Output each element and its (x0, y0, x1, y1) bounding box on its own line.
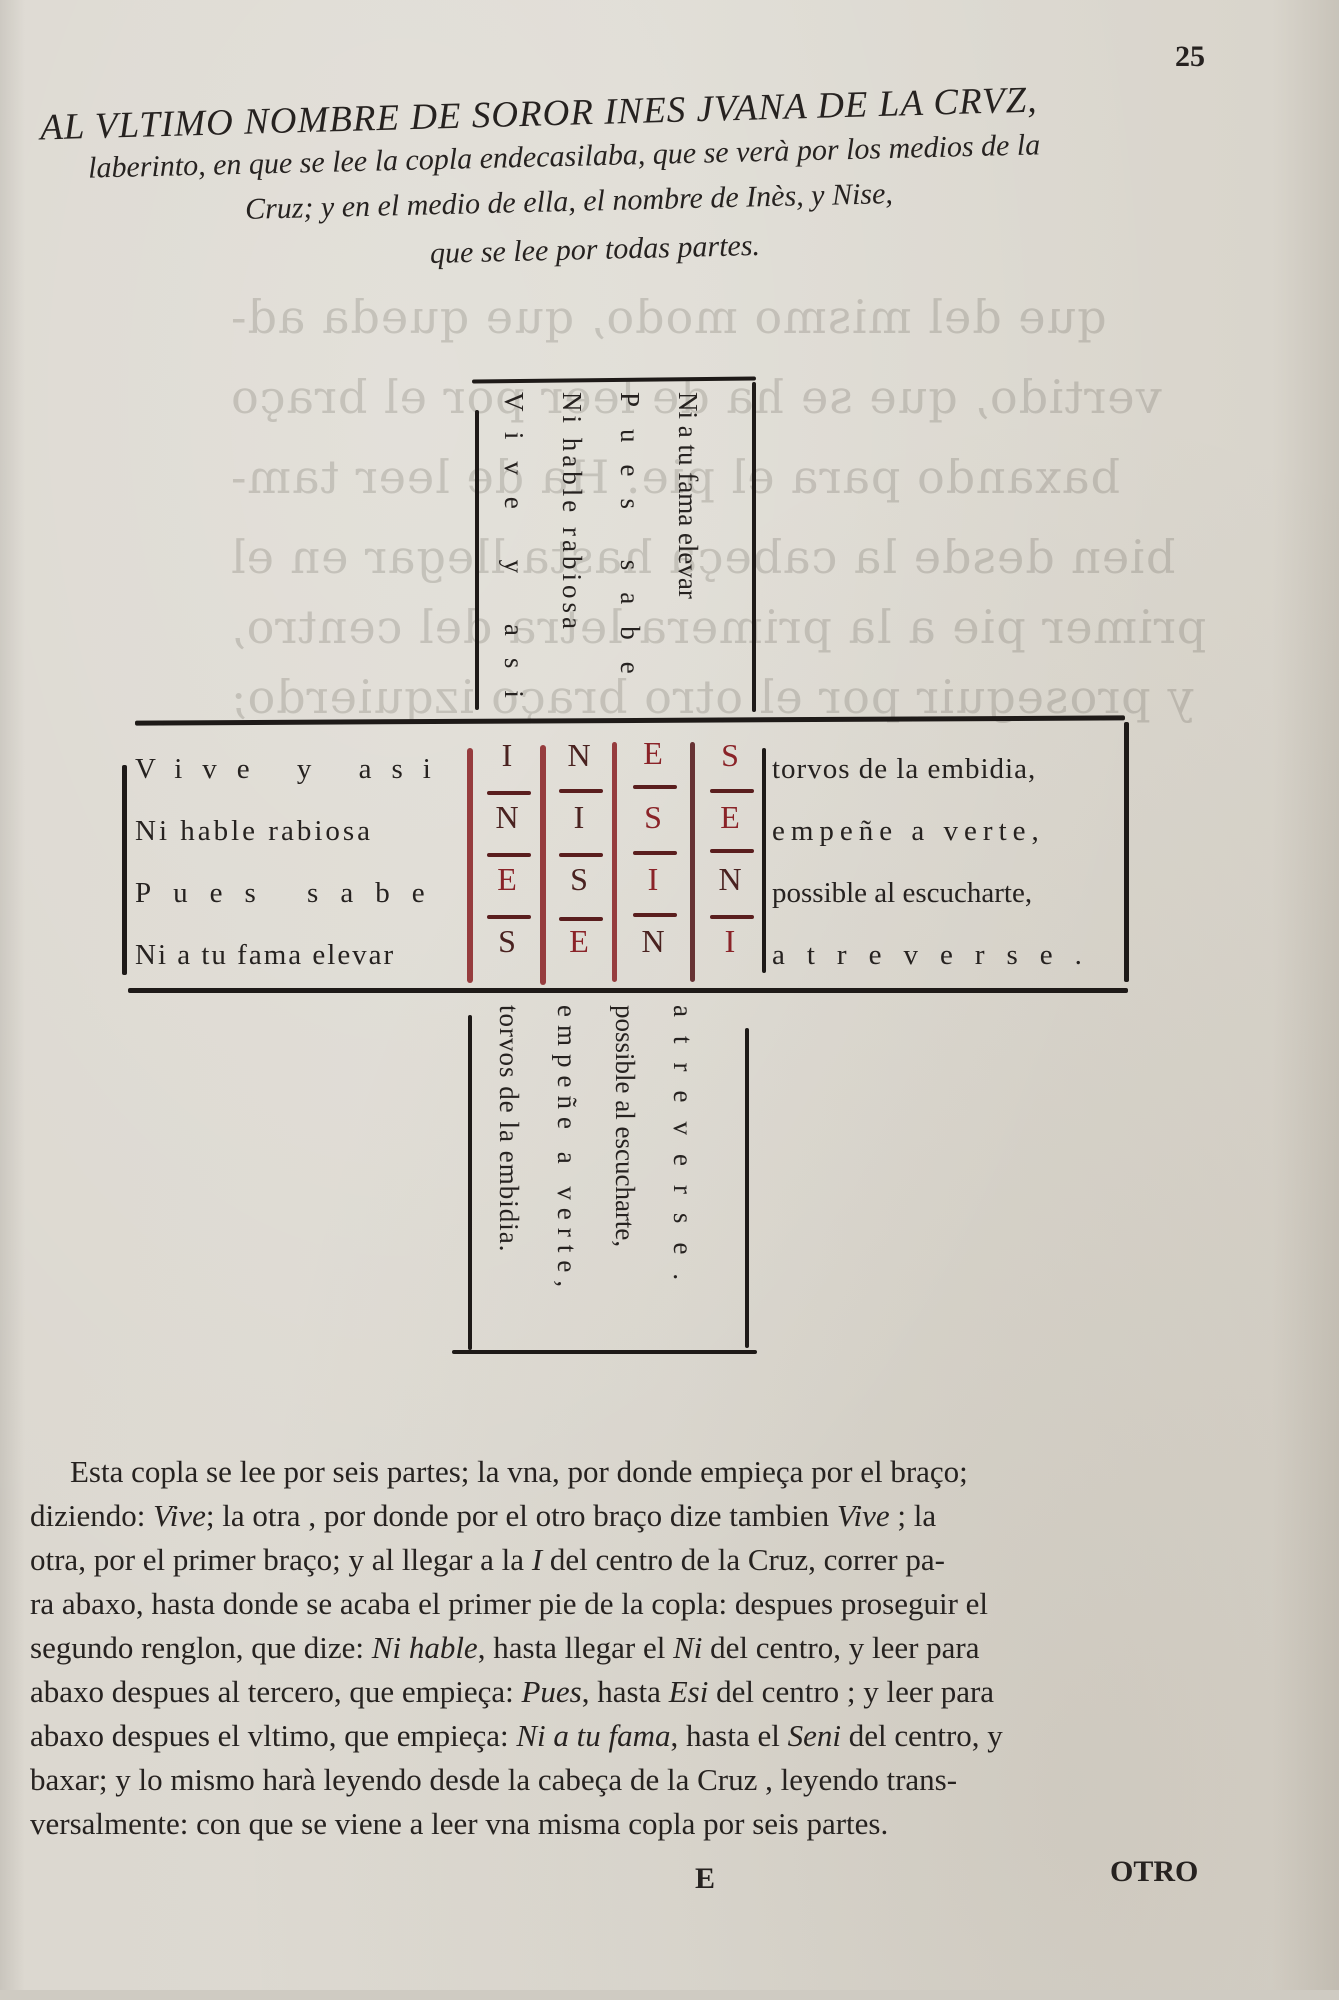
bottom-arm-border-bottom (452, 1350, 757, 1354)
book-page: que del mismo modo, que queda ad- vertid… (0, 0, 1339, 1990)
grid-cell: S (700, 737, 760, 774)
signature-mark: E (695, 1862, 715, 1896)
overline-mark (710, 789, 754, 793)
paragraph-line: Esta copla se lee por seis partes; la vn… (30, 1450, 1230, 1494)
top-arm-border-right (752, 382, 756, 712)
top-arm-text: Ni a tu fama elevar Pues sabe Ni hable r… (485, 392, 717, 712)
paragraph-line: baxar; y lo mismo harà leyendo desde la … (30, 1758, 1230, 1802)
grid-cell: I (477, 737, 537, 774)
grid-cell: E (477, 861, 537, 898)
italic-term: Pues (521, 1674, 581, 1709)
overline-mark (559, 917, 603, 921)
paragraph-line: segundo renglon, que dize: Ni hable, has… (30, 1626, 1230, 1670)
grid-cell: E (623, 735, 683, 772)
grid-cell: N (477, 799, 537, 836)
overline-mark (633, 785, 677, 789)
top-arm-line-2: Pues sabe (601, 392, 659, 712)
left-arm-line-4: Ni a tu fama elevar (135, 924, 451, 986)
paragraph-line: abaxo despues el vltimo, que empieça: Ni… (30, 1714, 1230, 1758)
bottom-arm-border-right (745, 1028, 749, 1348)
title-line-4: que se lee por todas partes. (430, 229, 761, 271)
grid-cell: N (700, 861, 760, 898)
paragraph-line: diziendo: Vive; la otra , por donde por … (30, 1494, 1230, 1538)
italic-term: I (532, 1542, 542, 1577)
grid-cell: S (477, 923, 537, 960)
italic-term: Vive (153, 1498, 206, 1533)
grid-cell: N (623, 923, 683, 960)
right-arm-text: torvos de la embidia, empeñe a verte, po… (772, 738, 1104, 986)
bottom-arm-border-left (468, 1015, 472, 1350)
bottom-arm-line-1: atreverse. (654, 1005, 712, 1345)
grid-cell: E (549, 923, 609, 960)
left-arm-text: Vive y asi Ni hable rabiosa Pues sabe Ni… (135, 738, 451, 986)
right-box-divider (762, 748, 766, 973)
italic-term: Seni (788, 1718, 841, 1753)
italic-term: Ni hable (372, 1630, 478, 1665)
overline-mark (559, 853, 603, 857)
next-page-edge (0, 1990, 1339, 2000)
grid-cell: I (700, 923, 760, 960)
band-border-bottom (128, 988, 1128, 993)
italic-term: Esi (669, 1674, 709, 1709)
title-line-3: Cruz; y en el medio de ella, el nombre d… (245, 177, 894, 227)
top-arm-line-3: Ni hable rabiosa (543, 392, 601, 712)
right-arm-line-2: empeñe a verte, (772, 800, 1104, 862)
overline-mark (710, 849, 754, 853)
grid-cell: I (549, 799, 609, 836)
left-arm-line-2: Ni hable rabiosa (135, 800, 451, 862)
left-arm-line-1: Vive y asi (135, 738, 451, 800)
grid-cell: S (549, 861, 609, 898)
overline-mark (487, 791, 531, 795)
paragraph-line: abaxo despues al tercero, que empieça: P… (30, 1670, 1230, 1714)
bottom-arm-line-2: possible al escucharte, (596, 1005, 654, 1345)
right-arm-line-4: atreverse. (772, 924, 1104, 986)
bottom-arm-line-3: empeñe a verte, (538, 1005, 596, 1345)
overline-mark (487, 915, 531, 919)
top-arm-border-left (475, 410, 479, 710)
grid-cell: S (623, 799, 683, 836)
bottom-arm-text: atreverse. possible al escucharte, empeñ… (480, 1005, 712, 1345)
grid-cell: I (623, 861, 683, 898)
catchword: OTRO (1110, 1855, 1198, 1889)
overline-mark (633, 851, 677, 855)
grid-cell: N (549, 737, 609, 774)
bottom-arm-line-4: torvos de la embidia. (480, 1005, 538, 1345)
page-number: 25 (1175, 40, 1205, 74)
grid-cell: E (700, 799, 760, 836)
explanation-paragraph: Esta copla se lee por seis partes; la vn… (30, 1450, 1230, 1846)
top-arm-line-1: Ni a tu fama elevar (659, 392, 717, 712)
paragraph-line: otra, por el primer braço; y al llegar a… (30, 1538, 1230, 1582)
italic-term: Ni a tu fama (516, 1718, 670, 1753)
band-border-right (1124, 722, 1129, 982)
left-arm-line-3: Pues sabe (135, 862, 451, 924)
top-arm-line-4: Vive y asi (485, 392, 543, 712)
center-name-grid: I N E S N I S E E S I N (475, 733, 755, 983)
right-arm-line-1: torvos de la embidia, (772, 738, 1104, 800)
overline-mark (559, 789, 603, 793)
paragraph-line: versalmente: con que se viene a leer vna… (30, 1802, 1230, 1846)
italic-term: Vive (837, 1498, 890, 1533)
overline-mark (633, 913, 677, 917)
overline-mark (487, 853, 531, 857)
right-arm-line-3: possible al escucharte, (772, 862, 1104, 924)
italic-term: Ni (673, 1630, 702, 1665)
band-border-left (122, 765, 127, 975)
grid-red-line-1 (467, 748, 473, 983)
overline-mark (710, 915, 754, 919)
paragraph-line: ra abaxo, hasta donde se acaba el primer… (30, 1582, 1230, 1626)
